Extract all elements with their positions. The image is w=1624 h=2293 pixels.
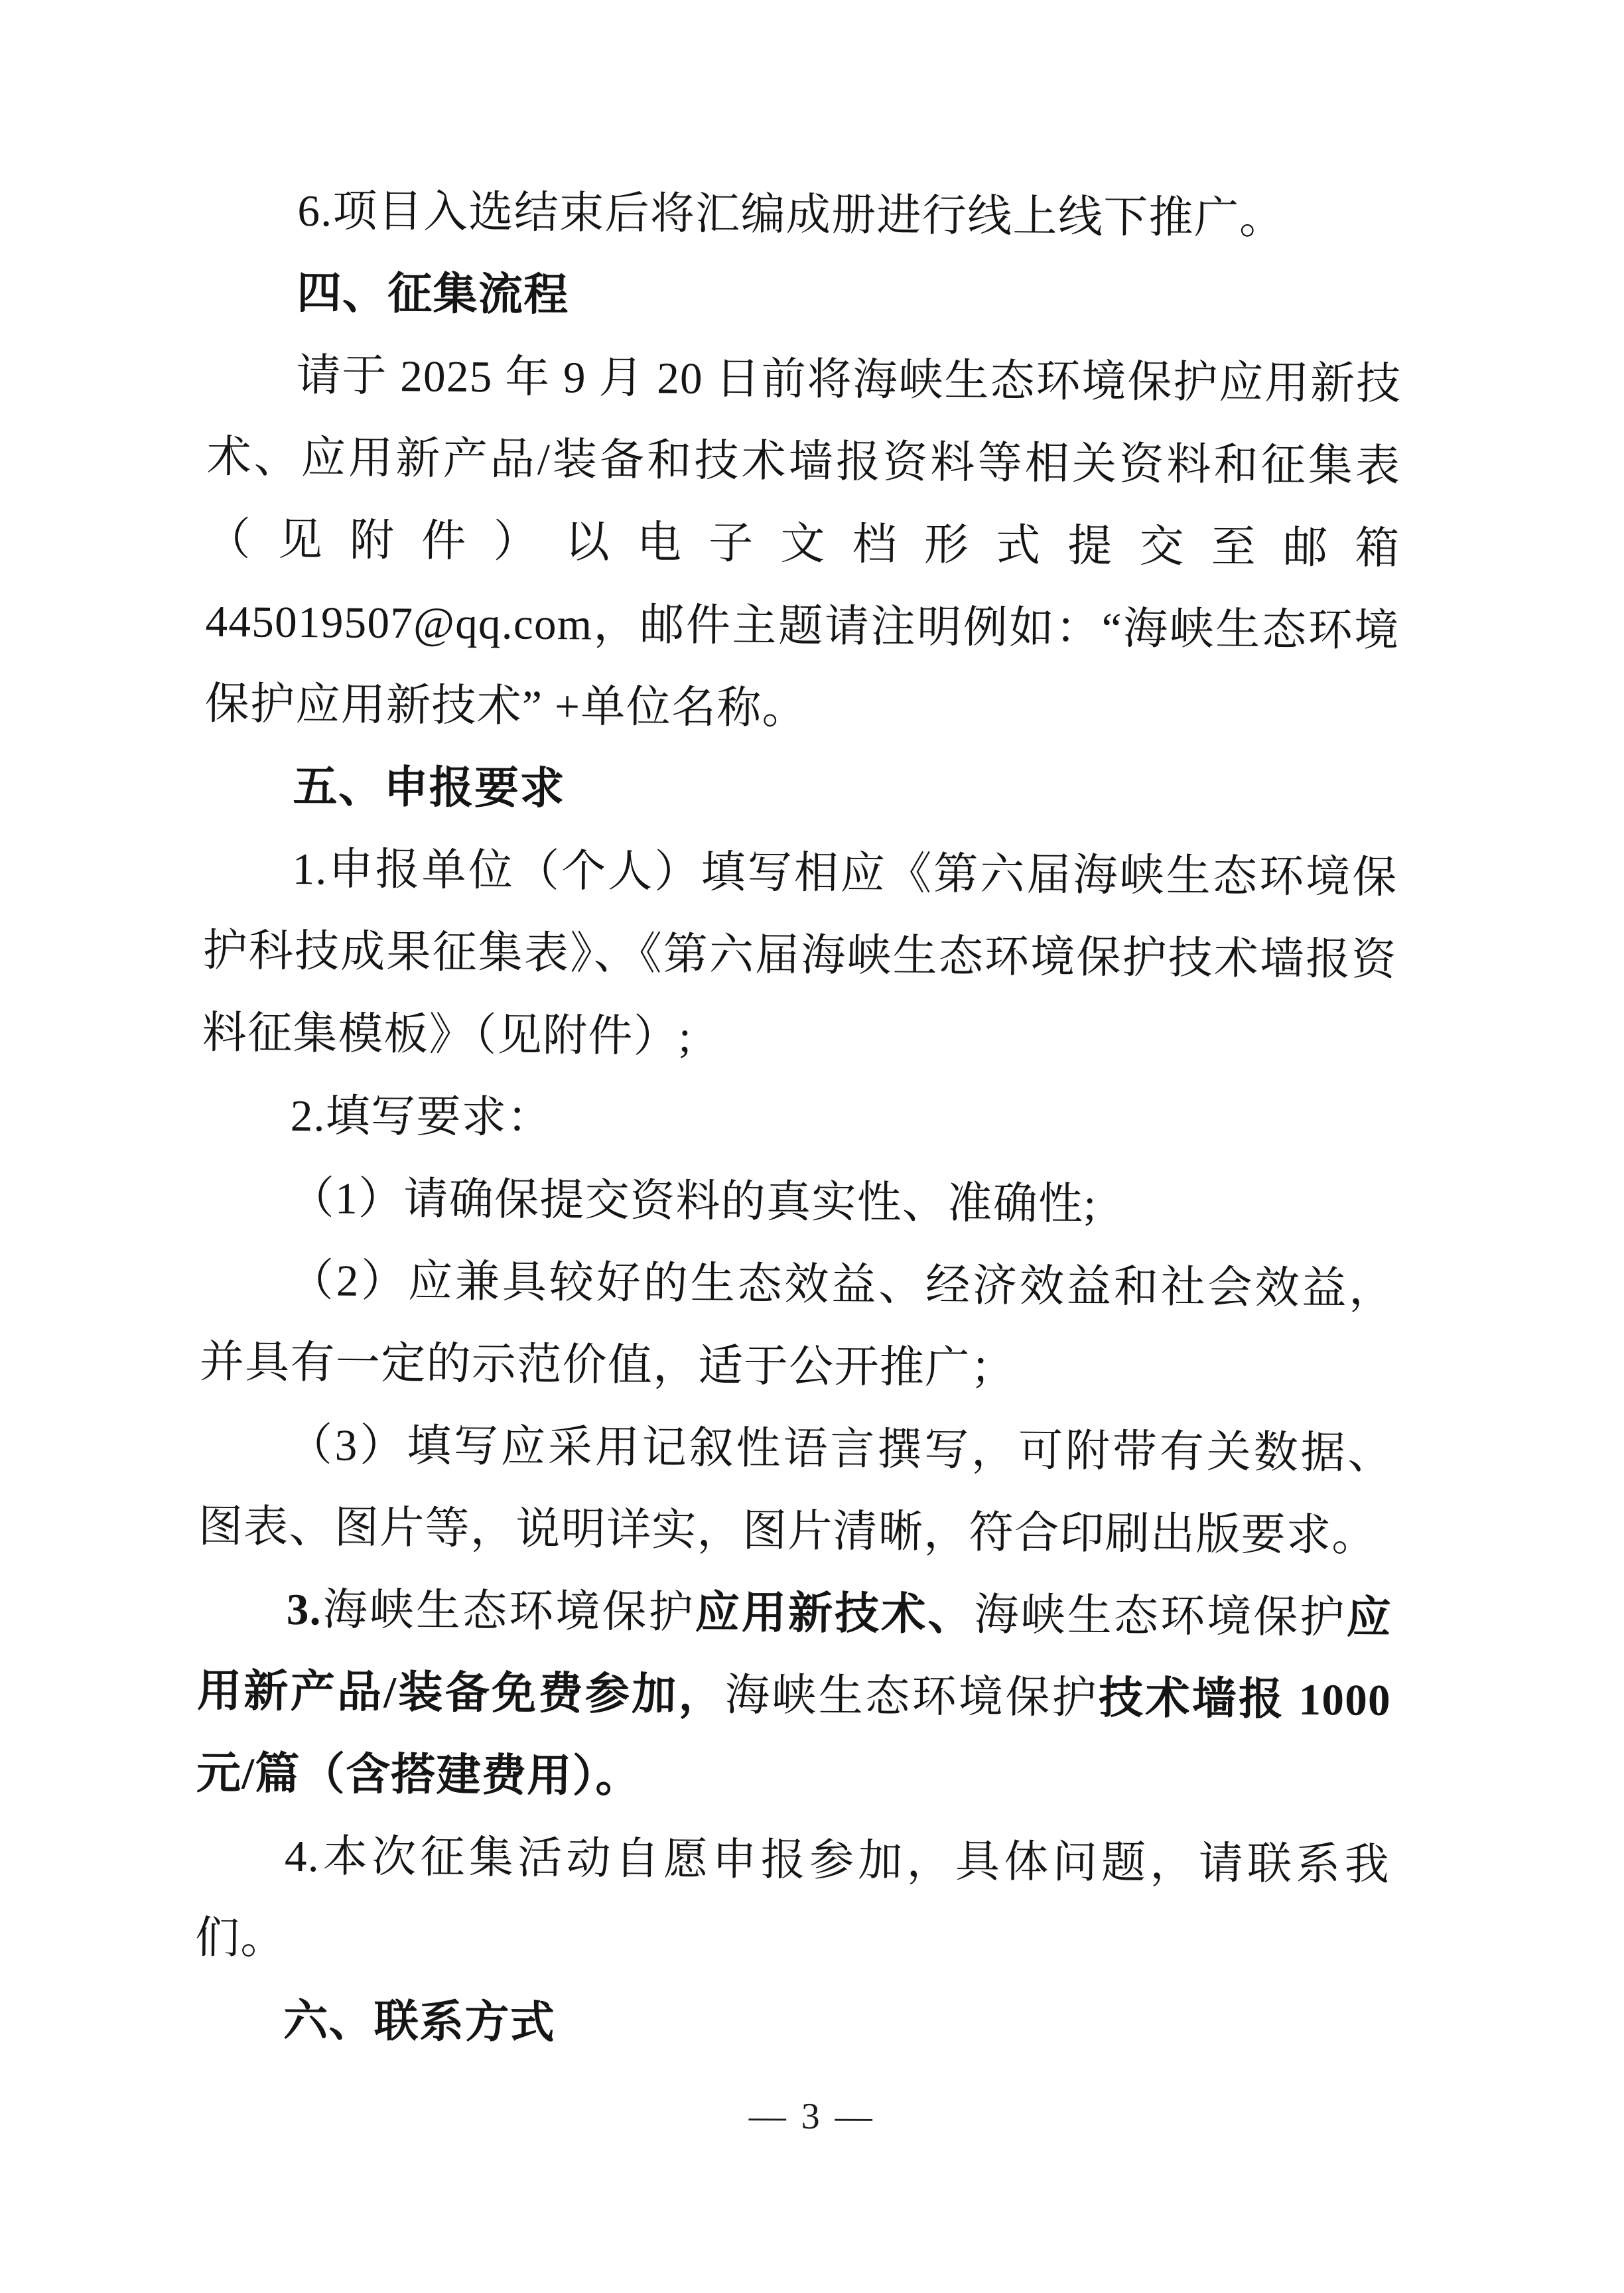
paragraph-submission-instructions: 请于 2025 年 9 月 20 日前将海峡生态环境保护应用新技术、应用新产品/… <box>204 334 1402 754</box>
item-3-fees: 3.海峡生态环境保护应用新技术、海峡生态环境保护应用新产品/装备免费参加，海峡生… <box>196 1568 1392 1824</box>
document-page: 6.项目入选结束后将汇编成册进行线上线下推广。四、征集流程请于 2025 年 9… <box>0 0 1624 2293</box>
item-6-promotion: 6.项目入选结束后将汇编成册进行线上线下推广。 <box>208 169 1403 261</box>
document-content: 6.项目入选结束后将汇编成册进行线上线下推广。四、征集流程请于 2025 年 9… <box>194 169 1403 2071</box>
item-2-1-authenticity: （1）请确保提交资料的真实性、准确性; <box>200 1156 1395 1248</box>
item-3-fees-bold-run: 应用新技术、 <box>695 1588 974 1639</box>
item-2-2-benefits: （2）应兼具较好的生态效益、经济效益和社会效益，并具有一定的示范价值，适于公开推… <box>199 1239 1394 1413</box>
page-number: — 3 — <box>0 2091 1624 2142</box>
item-2-filling-requirements: 2.填写要求： <box>201 1074 1396 1166</box>
item-4-voluntary-participation: 4.本次征集活动自愿申报参加，具体问题，请联系我们。 <box>195 1815 1390 1988</box>
section-heading-5-application-requirements: 五、申报要求 <box>204 745 1398 837</box>
item-3-fees-run: 海峡生态环境保护 <box>974 1590 1347 1642</box>
section-heading-4-collection-process: 四、征集流程 <box>208 251 1402 343</box>
item-3-fees-run: 海峡生态环境保护 <box>725 1671 1099 1722</box>
section-heading-6-contact-info: 六、联系方式 <box>194 1979 1389 2071</box>
item-2-3-narrative-style: （3）填写应采用记叙性语言撰写，可附带有关数据、图表、图片等，说明详实，图片清晰… <box>198 1403 1393 1577</box>
item-3-fees-run: 海峡生态环境保护 <box>322 1585 695 1637</box>
item-3-fees-bold-run: 3. <box>287 1585 322 1634</box>
item-1-fill-forms: 1.申报单位（个人）填写相应《第六届海峡生态环境保护科技成果征集表》、《第六届海… <box>202 827 1398 1083</box>
